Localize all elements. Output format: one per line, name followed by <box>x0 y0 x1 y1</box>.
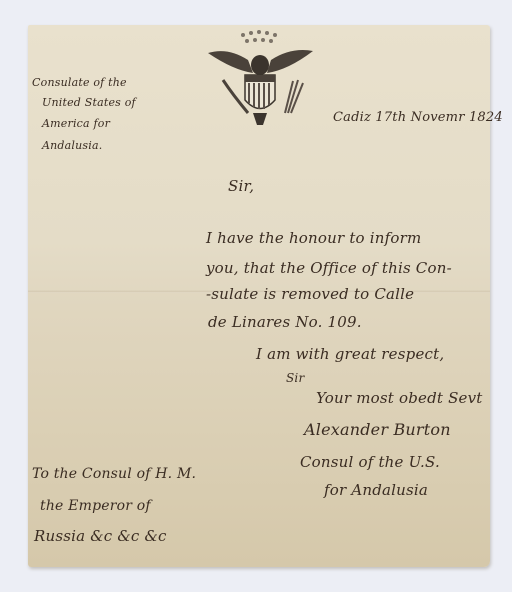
closing-line: Your most obedt Sevt <box>316 385 483 411</box>
dateline: Cadiz 17th Novemr 1824 <box>333 105 503 131</box>
addressee-line: To the Consul of H. M. <box>32 461 196 487</box>
letterhead-line: United States of <box>42 92 136 114</box>
letterhead-line: America for <box>42 113 110 135</box>
letterhead-line: Andalusia. <box>42 135 102 157</box>
letterhead-line: Consulate of the <box>32 72 127 94</box>
addressee-line: the Emperor of <box>40 493 151 519</box>
addressee-line: Russia &c &c &c <box>34 523 167 549</box>
body-line: you, that the Office of this Con- <box>206 255 452 281</box>
signature: Alexander Burton <box>304 417 451 443</box>
closing-title: for Andalusia <box>324 477 428 503</box>
closing-line: Sir <box>286 365 304 391</box>
body-line: de Linares No. 109. <box>208 309 362 335</box>
salutation: Sir, <box>228 173 254 199</box>
closing-line: I am with great respect, <box>256 341 444 367</box>
letter-paper: Consulate of the United States of Americ… <box>28 25 490 567</box>
closing-title: Consul of the U.S. <box>300 449 440 475</box>
body-line: -sulate is removed to Calle <box>206 281 414 307</box>
body-line: I have the honour to inform <box>206 225 421 251</box>
eagle-seal-icon <box>203 25 318 130</box>
